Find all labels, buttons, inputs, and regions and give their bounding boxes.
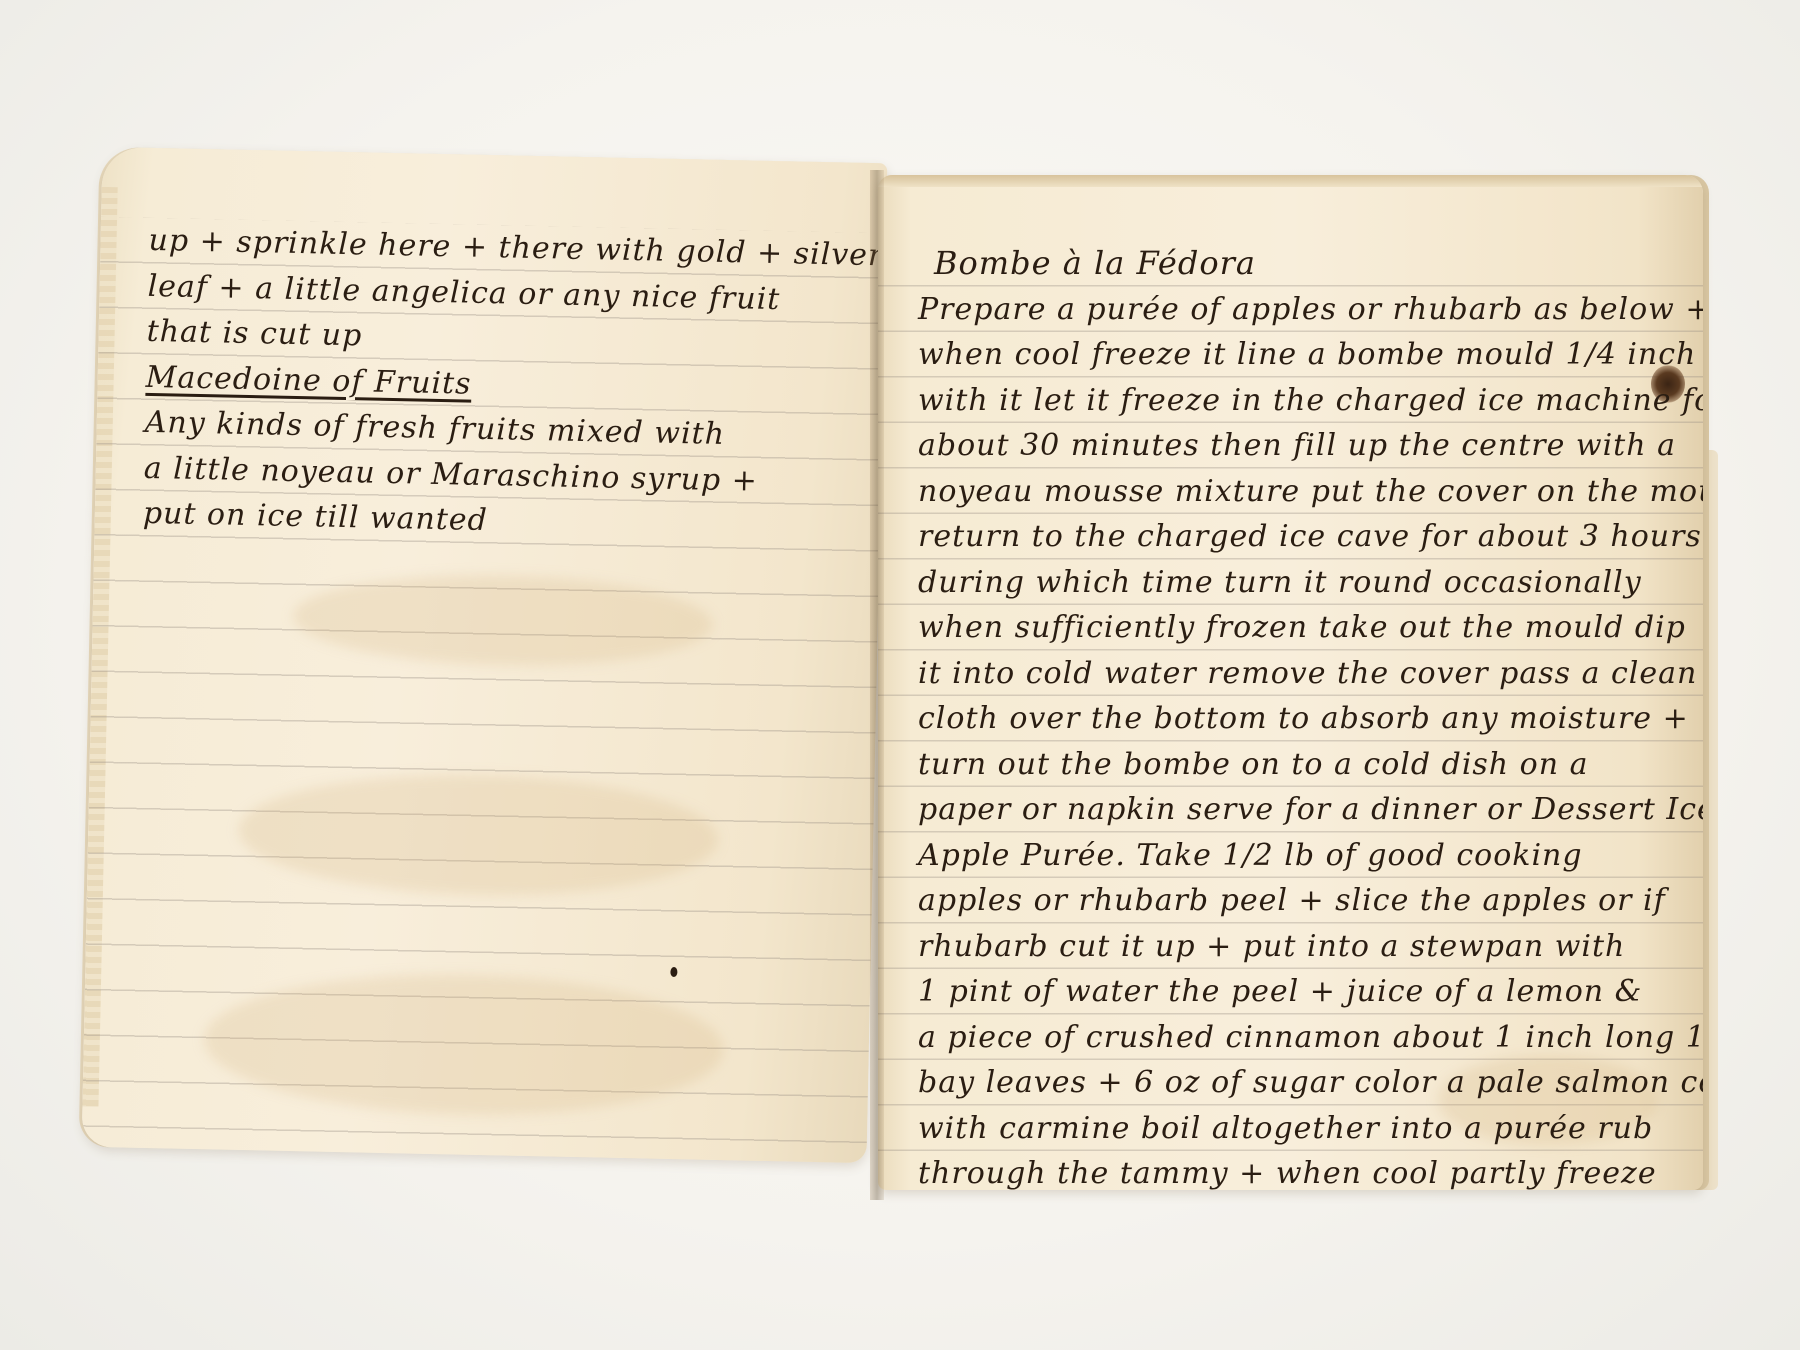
handwritten-line: return to the charged ice cave for about… [918,514,1688,560]
handwritten-line: cloth over the bottom to absorb any mois… [918,696,1688,742]
handwritten-line: Prepare a purée of apples or rhubarb as … [918,287,1688,333]
recipe-title: Bombe à la Fédora [918,241,1688,287]
handwritten-line: during which time turn it round occasion… [918,560,1688,606]
handwritten-line: through the tammy + when cool partly fre… [918,1151,1688,1190]
handwritten-line: noyeau mousse mixture put the cover on t… [918,469,1688,515]
open-notebook: up + sprinkle here + there with gold + s… [0,0,1800,1350]
right-page: Bombe à la Fédora Prepare a purée of app… [878,175,1703,1190]
handwritten-line: apples or rhubarb peel + slice the apple… [918,878,1688,924]
handwritten-line: rhubarb cut it up + put into a stewpan w… [918,924,1688,970]
handwritten-line: turn out the bombe on to a cold dish on … [918,742,1688,788]
handwritten-line: with carmine boil altogether into a puré… [918,1106,1688,1152]
right-page-text: Bombe à la Fédora Prepare a purée of app… [918,241,1688,1190]
handwritten-line: with it let it freeze in the charged ice… [918,378,1688,424]
handwritten-line: about 30 minutes then fill up the centre… [918,423,1688,469]
handwritten-line: it into cold water remove the cover pass… [918,651,1688,697]
handwritten-line: 1 pint of water the peel + juice of a le… [918,969,1688,1015]
left-page: up + sprinkle here + there with gold + s… [82,147,888,1163]
left-page-text: up + sprinkle here + there with gold + s… [142,218,869,552]
handwritten-line: bay leaves + 6 oz of sugar color a pale … [918,1060,1688,1106]
page-top-edge [878,175,1703,187]
handwritten-line: paper or napkin serve for a dinner or De… [918,787,1688,833]
handwritten-line: when sufficiently frozen take out the mo… [918,605,1688,651]
handwritten-line: when cool freeze it line a bombe mould 1… [918,332,1688,378]
handwritten-line: a piece of crushed cinnamon about 1 inch… [918,1015,1688,1061]
recipe-subheading: Apple Purée. Take 1/2 lb of good cooking [918,833,1688,879]
book-gutter [870,170,884,1200]
